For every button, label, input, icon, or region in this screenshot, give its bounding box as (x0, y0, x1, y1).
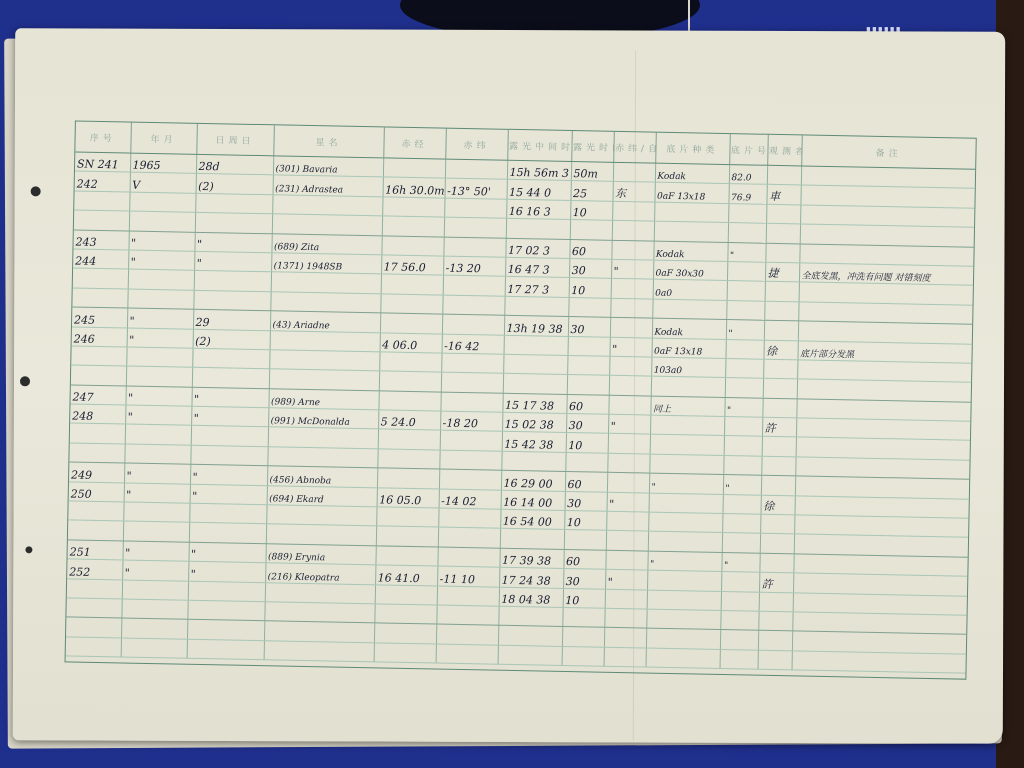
duration-cell (570, 220, 612, 240)
observer-cell (759, 553, 793, 573)
serial-cell: 250 (69, 482, 124, 502)
mid-time-cell: 15 42 38 (502, 432, 566, 453)
remarks-cell: 全底发黑，冲洗有问题 对错刻度 (799, 263, 973, 286)
serial-cell (66, 598, 121, 618)
dec-cell: -16 42 (442, 334, 504, 355)
observer-cell (766, 204, 800, 224)
day-cell (191, 426, 268, 447)
blank-cell (187, 620, 264, 641)
duration-cell (565, 452, 607, 472)
binding-hole (25, 546, 32, 553)
guide-cell (613, 162, 655, 182)
plate-no-cell (724, 436, 762, 456)
year-month-cell: " (127, 328, 193, 349)
header-dec: 赤纬 (445, 129, 508, 161)
dec-cell (437, 547, 499, 568)
ra-cell (379, 352, 441, 373)
mid-time-cell: 16 54 00 (500, 509, 564, 530)
object-cell: (689) Zita (271, 233, 381, 254)
blank-cell (646, 648, 720, 669)
observer-cell (763, 379, 797, 399)
plate-type-cell (652, 299, 726, 320)
ra-cell (379, 371, 441, 392)
serial-cell: 247 (70, 385, 125, 405)
day-cell (193, 290, 270, 311)
ra-cell (380, 294, 442, 315)
ra-cell (376, 526, 438, 547)
year-month-cell (121, 599, 187, 620)
plate-type-cell: 0a0 (653, 279, 727, 300)
mid-time-cell: 13h 19 38 (504, 315, 568, 336)
dec-cell (440, 431, 502, 452)
guide-cell (612, 201, 654, 221)
mid-time-cell: 15 17 38 (502, 393, 566, 414)
day-cell: 29 (193, 309, 270, 330)
guide-cell (611, 240, 653, 260)
object-cell (271, 272, 381, 293)
object-cell: (991) McDonalda (268, 408, 378, 429)
serial-cell: 243 (73, 230, 128, 250)
blank-cell (720, 630, 758, 650)
plate-no-cell: " (726, 320, 764, 340)
blank-cell (121, 618, 187, 639)
dec-cell (441, 372, 503, 393)
plate-type-cell (654, 221, 728, 242)
guide-cell: " (605, 569, 647, 589)
duration-cell: 30 (563, 569, 605, 589)
year-month-cell (122, 580, 188, 601)
ra-cell: 16h 30.0m (383, 177, 445, 198)
blank-cell (562, 646, 604, 666)
observer-cell (766, 223, 800, 243)
duration-cell: 10 (569, 278, 611, 298)
blank-cell (562, 627, 604, 647)
plate-no-cell (721, 572, 759, 592)
duration-cell: 10 (563, 588, 605, 608)
dec-cell (438, 508, 500, 529)
blank-cell (66, 637, 121, 657)
blank-cell (66, 617, 121, 637)
blank-cell (498, 645, 562, 666)
guide-cell (612, 220, 654, 240)
observer-cell (764, 301, 798, 321)
serial-cell: 249 (69, 462, 124, 482)
blank-cell (374, 623, 436, 644)
plate-type-cell: Kodak (653, 241, 727, 262)
blank-cell (374, 643, 436, 664)
observer-cell (758, 611, 792, 631)
duration-cell: 60 (566, 394, 608, 414)
plate-type-cell (654, 202, 728, 223)
plate-no-cell (722, 533, 760, 553)
object-cell (272, 195, 382, 216)
serial-cell: 242 (75, 171, 130, 191)
serial-cell (72, 288, 127, 308)
plate-no-cell (725, 339, 763, 359)
object-cell: (456) Abnoba (267, 466, 377, 487)
day-cell: (2) (193, 329, 270, 350)
day-cell (190, 445, 267, 466)
year-month-cell: " (124, 463, 190, 484)
day-cell: " (191, 387, 268, 408)
serial-cell: 246 (72, 326, 127, 346)
observer-cell (764, 320, 798, 340)
day-cell (195, 193, 272, 214)
serial-cell (68, 520, 123, 540)
observer-cell: 徐 (760, 495, 794, 515)
blank-cell (604, 647, 646, 667)
dec-cell (444, 198, 506, 219)
header-plate-type: 底片种类 (655, 133, 730, 165)
serial-cell (73, 268, 128, 288)
observer-cell (765, 282, 799, 302)
mid-time-cell: 17 27 3 (505, 277, 569, 298)
duration-cell (568, 336, 610, 356)
ra-cell (382, 216, 444, 237)
header-day: 日周日 (196, 124, 274, 156)
observer-cell (759, 592, 793, 612)
duration-cell: 30 (566, 414, 608, 434)
header-mid-time: 露光中间时刻 (507, 130, 572, 162)
plate-type-cell (648, 531, 722, 552)
object-cell: (43) Ariadne (270, 311, 380, 332)
duration-cell: 30 (568, 317, 610, 337)
guide-cell (604, 608, 646, 628)
dec-cell (443, 275, 505, 296)
mid-time-cell: 18 04 38 (499, 587, 563, 608)
plate-no-cell (723, 455, 761, 475)
duration-cell (568, 297, 610, 317)
object-cell (270, 292, 380, 313)
serial-cell (70, 423, 125, 443)
object-cell: (231) Adrastea (273, 175, 383, 196)
ra-cell (374, 604, 436, 625)
blank-cell (264, 640, 374, 661)
guide-cell (609, 356, 651, 376)
year-month-cell: " (125, 405, 191, 426)
blank-cell (720, 649, 758, 669)
year-month-cell: " (124, 483, 190, 504)
mid-time-cell: 17 02 3 (505, 238, 569, 259)
header-guide: 赤纬/自动 (613, 132, 656, 163)
mid-time-cell: 15 44 0 (506, 180, 570, 201)
observer-cell: 徐 (763, 340, 797, 360)
guide-cell (608, 434, 650, 454)
observer-cell: 許 (762, 417, 796, 437)
object-cell: (694) Ekard (267, 485, 377, 506)
serial-cell (67, 579, 122, 599)
blank-cell (264, 621, 374, 642)
observer-cell (760, 514, 794, 534)
serial-cell: SN 241 (75, 152, 130, 172)
year-month-cell (127, 289, 193, 310)
object-cell (266, 505, 376, 526)
day-cell (192, 348, 269, 369)
observer-cell (760, 534, 794, 554)
guide-cell: " (608, 414, 650, 434)
blank-cell (758, 631, 792, 651)
object-cell (269, 369, 379, 390)
ra-cell: 16 41.0 (375, 565, 437, 586)
mid-time-cell (501, 451, 565, 472)
object-cell (264, 602, 374, 623)
object-cell (272, 214, 382, 235)
dec-cell (445, 159, 507, 180)
blank-cell (436, 624, 498, 645)
dec-cell: -11 10 (437, 566, 499, 587)
duration-cell: 60 (565, 472, 607, 492)
guide-cell: " (607, 492, 649, 512)
serial-cell: 245 (72, 307, 127, 327)
ra-cell: 16 05.0 (377, 487, 439, 508)
year-month-cell (128, 269, 194, 290)
observer-cell: 捷 (765, 262, 799, 282)
observer-cell: 車 (766, 185, 800, 205)
plate-type-cell: " (647, 551, 721, 572)
plate-no-cell (720, 610, 758, 630)
plate-type-cell (646, 609, 720, 630)
guide-cell: " (609, 337, 651, 357)
plate-type-cell: " (649, 473, 723, 494)
header-duration: 露光时间 (571, 131, 614, 162)
ra-cell (378, 429, 440, 450)
mid-time-cell: 17 24 38 (499, 567, 563, 588)
object-cell (269, 350, 379, 371)
guide-cell (605, 550, 647, 570)
guide-cell: 东 (612, 182, 654, 202)
mid-time-cell (503, 354, 567, 375)
duration-cell: 50m (571, 162, 613, 182)
observation-table: 序号 年月 日周日 星名 赤经 赤纬 露光中间时刻 露光时间 赤纬/自动 底片种… (65, 120, 977, 679)
year-month-cell (129, 211, 195, 232)
dec-cell: -13 20 (443, 256, 505, 277)
object-cell (265, 582, 375, 603)
header-observer: 观测者 (767, 135, 802, 166)
dec-cell (439, 469, 501, 490)
ra-cell (381, 274, 443, 295)
remarks-cell: 底片部分发黑 (797, 340, 971, 363)
plate-type-cell (650, 435, 724, 456)
serial-cell (68, 501, 123, 521)
ra-cell (377, 468, 439, 489)
blank-cell (436, 644, 498, 665)
dec-cell (442, 295, 504, 316)
plate-no-cell (721, 591, 759, 611)
header-remarks: 备注 (801, 135, 976, 169)
observer-cell (767, 165, 801, 185)
plate-type-cell: 0aF 30x30 (653, 260, 727, 281)
object-cell: (1371) 1948SB (271, 253, 381, 274)
year-month-cell (123, 521, 189, 542)
plate-no-cell: 76.9 (728, 184, 766, 204)
duration-cell: 30 (565, 491, 607, 511)
ledger-page: 序号 年月 日周日 星名 赤经 赤纬 露光中间时刻 露光时间 赤纬/自动 底片种… (13, 28, 1005, 743)
plate-no-cell: " (727, 242, 765, 262)
serial-cell: 248 (70, 404, 125, 424)
year-month-cell: " (127, 308, 193, 329)
plate-no-cell (722, 494, 760, 514)
guide-cell (605, 589, 647, 609)
day-cell: " (188, 542, 265, 563)
dec-cell (436, 605, 498, 626)
duration-cell: 10 (570, 200, 612, 220)
object-cell (270, 330, 380, 351)
blank-cell (646, 628, 720, 649)
object-cell (266, 524, 376, 545)
guide-cell: " (611, 259, 653, 279)
mid-time-cell: 17 39 38 (499, 548, 563, 569)
dec-cell (444, 217, 506, 238)
mid-time-cell (503, 374, 567, 395)
ra-cell (375, 584, 437, 605)
string (688, 0, 690, 34)
header-serial: 序号 (75, 122, 131, 154)
object-cell: (989) Arne (268, 388, 378, 409)
day-cell (187, 600, 264, 621)
ra-cell: 5 24.0 (378, 410, 440, 431)
mid-time-cell: 15 02 38 (502, 412, 566, 433)
plate-no-cell (727, 281, 765, 301)
plate-type-cell: 0aF 13x18 (651, 338, 725, 359)
guide-cell (607, 473, 649, 493)
plate-type-cell (647, 590, 721, 611)
year-month-cell (125, 424, 191, 445)
guide-cell (606, 531, 648, 551)
ra-cell (377, 449, 439, 470)
blank-cell (758, 650, 792, 670)
dec-cell (443, 237, 505, 258)
dec-cell (439, 450, 501, 471)
serial-cell (74, 210, 129, 230)
day-cell: " (190, 484, 267, 505)
guide-cell (607, 453, 649, 473)
dec-cell (441, 353, 503, 374)
ra-cell: 17 56.0 (381, 255, 443, 276)
plate-no-cell (725, 378, 763, 398)
dec-cell: -13° 50' (445, 178, 507, 199)
year-month-cell (126, 347, 192, 368)
day-cell (189, 503, 266, 524)
object-cell: (301) Bavaria (273, 156, 383, 177)
day-cell (189, 523, 266, 544)
day-cell: " (194, 232, 271, 253)
dec-cell: -18 20 (440, 411, 502, 432)
year-month-cell (124, 444, 190, 465)
duration-cell (564, 530, 606, 550)
plate-no-cell (726, 300, 764, 320)
ra-cell (383, 158, 445, 179)
ra-cell: 4 06.0 (380, 332, 442, 353)
plate-type-cell (649, 454, 723, 475)
year-month-cell (126, 366, 192, 387)
mid-time-cell: 16 14 00 (501, 490, 565, 511)
serial-cell (74, 191, 129, 211)
blank-cell (187, 639, 264, 660)
mid-time-cell (504, 296, 568, 317)
plate-no-cell: " (721, 552, 759, 572)
dec-cell (437, 586, 499, 607)
mid-time-cell: 16 47 3 (505, 257, 569, 278)
plate-no-cell (722, 514, 760, 534)
dec-cell: -14 02 (439, 489, 501, 510)
plate-type-cell (647, 570, 721, 591)
serial-cell (69, 443, 124, 463)
plate-type-cell (649, 493, 723, 514)
observer-cell: 許 (759, 572, 793, 592)
mid-time-cell: 15h 56m 3 (507, 160, 571, 181)
plate-type-cell (648, 512, 722, 533)
plate-no-cell (724, 417, 762, 437)
duration-cell: 10 (564, 510, 606, 530)
guide-cell (610, 317, 652, 337)
duration-cell (562, 607, 604, 627)
year-month-cell: " (122, 560, 188, 581)
plate-no-cell (728, 203, 766, 223)
guide-cell (611, 279, 653, 299)
mid-time-cell (506, 218, 570, 239)
serial-cell (71, 346, 126, 366)
duration-cell: 25 (570, 181, 612, 201)
serial-cell: 252 (67, 559, 122, 579)
binding-hole (31, 186, 41, 196)
day-cell: " (190, 465, 267, 486)
year-month-cell: " (122, 541, 188, 562)
dec-cell (442, 314, 504, 335)
binding-hole (20, 376, 30, 386)
year-month-cell: " (128, 250, 194, 271)
day-cell: " (194, 251, 271, 272)
observer-cell (765, 243, 799, 263)
mid-time-cell: 16 29 00 (501, 470, 565, 491)
day-cell (192, 368, 269, 389)
duration-cell: 60 (569, 239, 611, 259)
duration-cell: 10 (566, 433, 608, 453)
blank-cell (792, 651, 966, 674)
duration-cell (567, 375, 609, 395)
plate-type-cell: Kodak (652, 318, 726, 339)
ra-cell (382, 197, 444, 218)
observer-cell (761, 475, 795, 495)
year-month-cell: " (128, 231, 194, 252)
header-ra: 赤经 (383, 127, 446, 159)
day-cell (194, 271, 271, 292)
object-cell (267, 447, 377, 468)
ra-cell (375, 546, 437, 567)
observer-cell (762, 398, 796, 418)
mid-time-cell (498, 606, 562, 627)
plate-type-cell: 同上 (650, 396, 724, 417)
mid-time-cell (500, 529, 564, 550)
object-cell (268, 427, 378, 448)
ra-cell (381, 235, 443, 256)
day-cell (195, 212, 272, 233)
day-cell: " (188, 561, 265, 582)
blank-cell (498, 626, 562, 647)
year-month-cell: 1965 (130, 153, 196, 174)
plate-no-cell: " (723, 475, 761, 495)
dec-cell (440, 392, 502, 413)
mid-time-cell: 16 16 3 (506, 199, 570, 220)
plate-no-cell: 82.0 (729, 165, 767, 185)
plate-type-cell (651, 376, 725, 397)
object-cell: (216) Kleopatra (265, 563, 375, 584)
guide-cell (606, 511, 648, 531)
duration-cell: 30 (569, 258, 611, 278)
serial-cell: 244 (73, 249, 128, 269)
day-cell (188, 581, 265, 602)
guide-cell (610, 298, 652, 318)
dec-cell (438, 527, 500, 548)
